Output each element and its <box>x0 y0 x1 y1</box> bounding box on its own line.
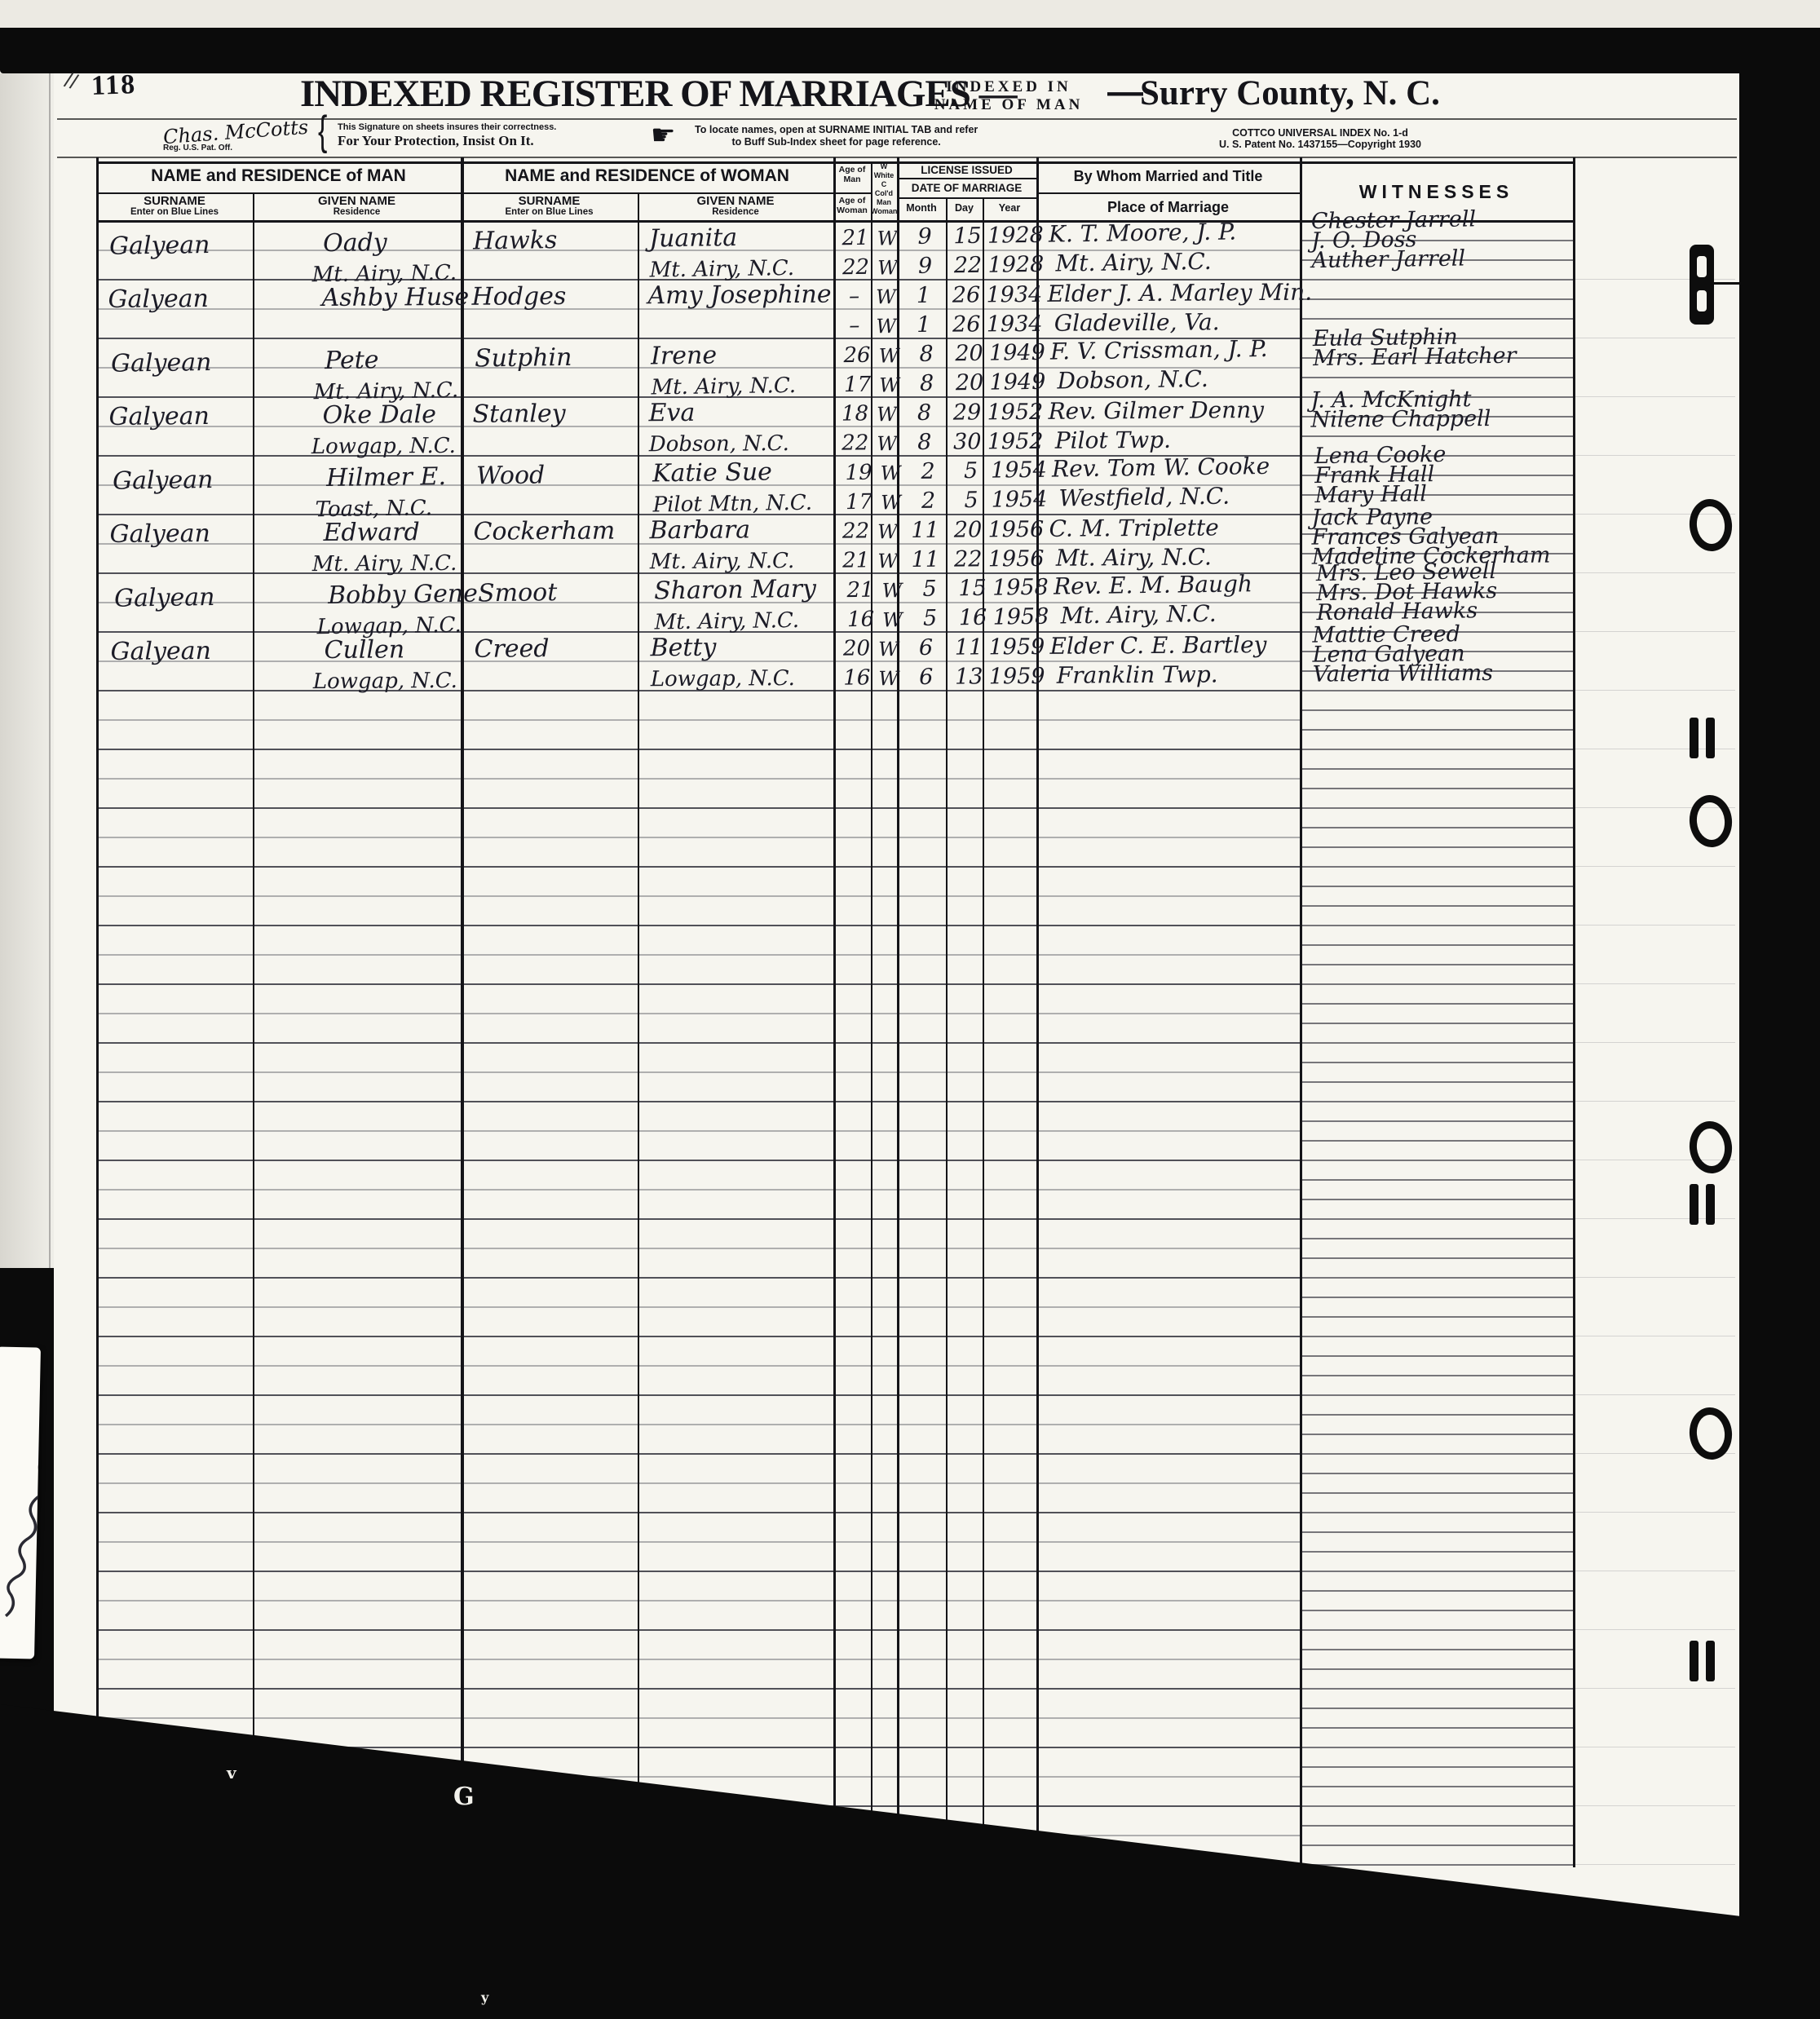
entry-witness: Mrs. Earl Hatcher <box>1313 342 1517 373</box>
entry-man-surname: Galyean <box>108 284 209 316</box>
ruled-line <box>96 1160 1300 1161</box>
scan-top-black-band <box>0 28 1820 73</box>
ruled-line-margin <box>1573 1688 1735 1689</box>
witness-ruled-line <box>1300 318 1573 320</box>
witness-ruled-line <box>1300 1668 1573 1670</box>
witness-ruled-line <box>1300 1101 1573 1102</box>
entry-woman-residence: Mt. Airy, N.C. <box>651 372 796 401</box>
witness-ruled-line <box>1300 1277 1573 1279</box>
entry-man-surname: Galyean <box>108 401 210 433</box>
entry-man-given: Bobby Gene <box>328 578 478 612</box>
entry-race-man: W <box>877 460 903 486</box>
punch-bar <box>1706 718 1715 758</box>
entry-age-woman: 21 <box>837 546 875 574</box>
ruled-line <box>96 1600 1300 1602</box>
entry-license-month: 1 <box>899 281 948 310</box>
entry-witness: Valeria Williams <box>1313 659 1494 689</box>
witness-ruled-line <box>1300 1492 1573 1494</box>
ruled-line <box>96 1042 1300 1044</box>
entry-marriage-month: 8 <box>902 369 951 398</box>
witness-ruled-line <box>1300 298 1573 300</box>
witness-ruled-line <box>1300 1414 1573 1416</box>
entry-married-by: Rev. Tom W. Cooke <box>1052 452 1270 484</box>
entry-license-day: 29 <box>948 398 985 426</box>
witness-ruled-line <box>1300 279 1573 281</box>
ruled-line-margin <box>1573 1101 1735 1102</box>
entry-age-man: 21 <box>837 224 874 253</box>
entry-license-month: 11 <box>900 516 949 545</box>
pointing-hand-icon: ☛ <box>651 119 675 152</box>
entry-married-by: Elder J. A. Marley Min. <box>1047 278 1312 309</box>
page-left-edge-line <box>49 73 51 1268</box>
witness-ruled-line <box>1300 1297 1573 1298</box>
entry-man-residence: Lowgap, N.C. <box>313 667 457 696</box>
witness-ruled-line <box>1300 827 1573 828</box>
entry-man-given: Pete <box>325 345 379 377</box>
entry-marriage-year: 1928 <box>987 250 1044 280</box>
witness-ruled-line <box>1300 1023 1573 1024</box>
entry-age-man: 20 <box>837 634 875 662</box>
title-dash-2: — <box>1107 72 1143 113</box>
entry-woman-given: Juanita <box>649 223 738 255</box>
brace-glyph: { <box>318 108 327 156</box>
header-year: Year <box>983 202 1036 214</box>
ruled-line <box>96 1541 1300 1543</box>
ruled-line-margin <box>1573 1629 1735 1630</box>
entry-man-given: Oke Dale <box>322 400 436 431</box>
indexed-in-line1: INDEXED IN <box>907 78 1111 96</box>
entry-married-by: Rev. E. M. Baugh <box>1054 569 1252 601</box>
entry-age-man: 26 <box>838 342 876 370</box>
entry-married-by: Rev. Gilmer Denny <box>1048 395 1264 426</box>
scan-right-black-band <box>1739 28 1820 2019</box>
witness-ruled-line <box>1300 1199 1573 1200</box>
entry-license-day: 5 <box>952 457 989 486</box>
column-border <box>253 192 254 1867</box>
ruled-line <box>96 1071 1300 1073</box>
header-day: Day <box>946 202 983 214</box>
punch-oval <box>1687 1119 1734 1175</box>
ruled-line-margin <box>1573 866 1735 867</box>
entry-license-year: 1952 <box>987 398 1043 426</box>
entry-place: Pilot Twp. <box>1055 426 1171 456</box>
witness-ruled-line <box>1300 807 1573 809</box>
entry-license-day: 15 <box>954 574 991 603</box>
witness-ruled-line <box>1300 1786 1573 1787</box>
entry-marriage-day: 22 <box>949 251 986 281</box>
witness-ruled-line <box>1300 1120 1573 1122</box>
entry-age-man: 21 <box>842 577 879 605</box>
entry-marriage-day: 16 <box>954 603 991 633</box>
entry-man-given: Edward <box>323 517 419 549</box>
entry-race-man: W <box>876 342 902 369</box>
entry-witness: Nilene Chappell <box>1310 404 1491 435</box>
witness-ruled-line <box>1300 964 1573 965</box>
witness-ruled-line <box>1300 1531 1573 1533</box>
entry-license-day: 11 <box>950 633 987 661</box>
witness-ruled-line <box>1300 1062 1573 1063</box>
entry-woman-residence: Lowgap, N.C. <box>651 665 795 693</box>
entry-woman-residence: Mt. Airy, N.C. <box>650 547 795 576</box>
ruled-line <box>96 1013 1300 1014</box>
entry-marriage-month: 1 <box>899 311 948 339</box>
entry-place: Gladeville, Va. <box>1054 307 1220 338</box>
witness-ruled-line <box>1300 1512 1573 1513</box>
header-place: Place of Marriage <box>1036 199 1300 216</box>
entry-race-man: W <box>873 401 899 427</box>
entry-man-given: Oady <box>323 228 387 259</box>
entry-race-woman: W <box>874 431 900 457</box>
entry-woman-given: Katie Sue <box>652 457 772 489</box>
entry-license-day: 15 <box>949 222 986 251</box>
header-man-group: NAME and RESIDENCE of MAN <box>96 166 461 186</box>
ruled-line <box>96 807 1300 809</box>
punch-bar <box>1706 1184 1715 1225</box>
entry-marriage-year: 1956 <box>988 545 1045 573</box>
ruled-line <box>96 1453 1300 1455</box>
entry-race-man: W <box>874 519 900 545</box>
entry-race-man: W <box>875 636 901 662</box>
punch-oval <box>1687 793 1734 849</box>
ruled-line-margin <box>1573 1805 1735 1806</box>
scan-edge-glyph: y <box>481 1990 488 2005</box>
header-race-line: Col'd <box>871 189 897 198</box>
column-border <box>1573 157 1575 1867</box>
header-man-given: GIVEN NAME <box>253 194 461 208</box>
index-patent-note: COTTCO UNIVERSAL INDEX No. 1-d U. S. Pat… <box>1219 127 1421 150</box>
entry-race-woman: W <box>873 313 899 339</box>
entry-marriage-year: 1952 <box>987 427 1044 456</box>
entry-marriage-day: 5 <box>952 486 989 515</box>
header-border <box>96 192 833 194</box>
entry-married-by: C. M. Triplette <box>1049 513 1218 543</box>
entry-man-given: Cullen <box>324 634 404 666</box>
registered-mark: Reg. U.S. Pat. Off. <box>163 144 232 152</box>
witness-ruled-line <box>1300 1257 1573 1259</box>
ruled-line-margin <box>1573 983 1735 984</box>
entry-license-year: 1954 <box>991 456 1047 485</box>
index-note-line2: U. S. Patent No. 1437155—Copyright 1930 <box>1219 139 1421 150</box>
entry-age-man: 22 <box>837 517 874 545</box>
punch-bar <box>1706 1641 1715 1681</box>
ruled-line <box>96 778 1300 780</box>
ruled-line <box>96 1629 1300 1631</box>
header-race-line: White <box>871 171 897 180</box>
entry-marriage-day: 22 <box>950 545 987 573</box>
ruled-line <box>96 1717 1300 1719</box>
column-border <box>461 157 464 1867</box>
ruled-line <box>96 1248 1300 1249</box>
witness-ruled-line <box>1300 1316 1573 1318</box>
entry-license-year: 1949 <box>989 338 1045 368</box>
witness-ruled-line <box>1300 866 1573 868</box>
witness-ruled-line <box>1300 788 1573 789</box>
witness-ruled-line <box>1300 1394 1573 1396</box>
header-man-residence: Residence <box>253 207 461 217</box>
entry-married-by: Elder C. E. Bartley <box>1049 630 1266 661</box>
entry-license-day: 26 <box>948 281 984 309</box>
witness-ruled-line <box>1300 1825 1573 1827</box>
ruled-line <box>96 895 1300 897</box>
entry-marriage-year: 1954 <box>991 485 1047 515</box>
punch-slit <box>1697 290 1707 311</box>
entry-race-woman: W <box>876 372 902 398</box>
header-license-issued: LICENSE ISSUED <box>897 164 1036 176</box>
entry-woman-given: Betty <box>650 633 716 665</box>
entry-woman-surname: Cockerham <box>473 516 615 548</box>
ruled-line-margin <box>1573 1394 1735 1395</box>
header-woman-group: NAME and RESIDENCE of WOMAN <box>461 166 833 186</box>
witness-ruled-line <box>1300 905 1573 907</box>
entry-witness: Auther Jarrell <box>1311 245 1465 276</box>
witness-ruled-line <box>1300 435 1573 437</box>
witness-ruled-line <box>1300 1179 1573 1181</box>
ruled-line-margin <box>1573 1571 1735 1571</box>
witness-ruled-line <box>1300 1551 1573 1553</box>
ruled-line <box>96 719 1300 721</box>
ruled-line <box>96 1306 1300 1308</box>
protection-note-line1: This Signature on sheets insures their c… <box>338 122 556 132</box>
column-border <box>96 157 99 1867</box>
header-rule-top <box>57 118 1737 120</box>
entry-marriage-month: 5 <box>905 603 954 633</box>
entry-married-by: F. V. Crissman, J. P. <box>1050 334 1268 367</box>
entry-woman-given: Amy Josephine <box>647 280 831 312</box>
entry-woman-residence: Mt. Airy, N.C. <box>654 607 799 636</box>
entry-marriage-month: 11 <box>901 546 950 574</box>
witness-ruled-line <box>1300 1805 1573 1807</box>
entry-marriage-year: 1934 <box>987 310 1043 338</box>
ruled-line <box>96 1336 1300 1337</box>
witness-ruled-line <box>1300 1473 1573 1474</box>
ruled-line-margin <box>1573 631 1735 632</box>
entry-marriage-year: 1959 <box>989 662 1045 691</box>
ruled-line <box>96 954 1300 956</box>
entry-man-surname: Galyean <box>111 347 212 380</box>
locate-note-line2: to Buff Sub-Index sheet for page referen… <box>695 136 978 148</box>
entry-place: Dobson, N.C. <box>1057 364 1208 396</box>
witness-ruled-line <box>1300 1453 1573 1455</box>
witness-ruled-line <box>1300 690 1573 691</box>
entry-marriage-day: 20 <box>951 369 987 398</box>
entry-married-by: K. T. Moore, J. P. <box>1049 217 1237 249</box>
witness-ruled-line <box>1300 1042 1573 1044</box>
ruled-line <box>96 1482 1300 1484</box>
entry-place: Mt. Airy, N.C. <box>1060 599 1217 631</box>
entry-race-woman: W <box>874 254 900 281</box>
page-number: 118 <box>91 69 136 102</box>
header-married-by: By Whom Married and Title <box>1036 168 1300 185</box>
witness-ruled-line <box>1300 1629 1573 1631</box>
scanned-register-page: // 118 INDEXED REGISTER OF MARRIAGES — I… <box>0 0 1820 2019</box>
county-title: Surry County, N. C. <box>1140 73 1440 113</box>
entry-place: Mt. Airy, N.C. <box>1055 247 1212 279</box>
witness-ruled-line <box>1300 1727 1573 1729</box>
witness-ruled-line <box>1300 709 1573 711</box>
header-race-line: Man <box>871 198 897 207</box>
entry-marriage-day: 30 <box>949 427 986 456</box>
entry-man-residence: Mt. Airy, N.C. <box>312 550 457 578</box>
header-man-surname-sub: Enter on Blue Lines <box>96 207 253 217</box>
entry-race-woman: W <box>875 548 901 574</box>
header-age-man: Age of Man <box>833 165 871 184</box>
page-left-edge <box>0 73 54 1272</box>
entry-marriage-month: 9 <box>900 251 949 281</box>
witness-ruled-line <box>1300 886 1573 887</box>
entry-marriage-month: 8 <box>900 428 949 457</box>
torn-paper-tab <box>0 1346 41 1659</box>
entry-man-surname: Galyean <box>109 519 210 550</box>
header-border <box>897 178 1036 179</box>
entry-woman-given: Sharon Mary <box>654 574 816 607</box>
witness-ruled-line <box>1300 1844 1573 1846</box>
entry-age-man: 19 <box>840 459 877 488</box>
protection-note-line2: For Your Protection, Insist On It. <box>338 133 534 149</box>
entry-man-surname: Galyean <box>114 582 215 615</box>
ruled-line <box>96 1424 1300 1425</box>
entry-age-woman: 22 <box>837 254 874 282</box>
entry-man-given: Hilmer E. <box>326 462 446 494</box>
punch-bar <box>1690 1641 1699 1681</box>
witness-ruled-line <box>1300 1140 1573 1142</box>
ruled-line <box>96 749 1300 750</box>
entry-license-year: 1958 <box>992 573 1049 603</box>
entry-age-man: – <box>835 282 872 310</box>
witness-ruled-line <box>1300 1766 1573 1768</box>
header-man-surname: SURNAME <box>96 194 253 208</box>
entry-woman-residence: Dobson, N.C. <box>649 430 789 458</box>
witness-ruled-line <box>1300 1336 1573 1337</box>
entry-marriage-day: 26 <box>948 310 985 338</box>
page-title-text: INDEXED REGISTER OF MARRIAGES <box>300 73 970 115</box>
header-border <box>1036 192 1300 194</box>
entry-woman-surname: Sutphin <box>475 342 572 375</box>
entry-license-month: 6 <box>901 634 950 662</box>
entry-marriage-month: 6 <box>902 663 951 691</box>
witness-ruled-line <box>1300 1218 1573 1220</box>
entry-marriage-month: 2 <box>903 486 952 515</box>
entry-license-year: 1959 <box>988 633 1045 661</box>
entry-license-year: 1956 <box>987 515 1044 544</box>
entry-place: Westfield, N.C. <box>1058 482 1230 514</box>
entry-place: Mt. Airy, N.C. <box>1056 542 1212 572</box>
header-border <box>897 197 1036 199</box>
entry-woman-given: Irene <box>651 340 718 372</box>
scan-edge-glyph: v <box>227 1763 236 1783</box>
ruled-line-margin <box>1573 572 1735 573</box>
witness-ruled-line <box>1300 1590 1573 1592</box>
entry-license-month: 9 <box>900 222 949 251</box>
entry-marriage-year: 1949 <box>989 368 1045 397</box>
ruled-line-margin <box>1573 1042 1735 1043</box>
entry-age-woman: 16 <box>838 664 876 691</box>
entry-age-woman: 17 <box>838 371 876 400</box>
entry-race-woman: W <box>879 607 905 633</box>
header-woman-residence: Residence <box>638 207 833 217</box>
ruled-line-margin <box>1573 338 1735 338</box>
header-woman-given: GIVEN NAME <box>638 194 833 208</box>
entry-license-month: 2 <box>903 457 952 486</box>
punch-oval <box>1687 497 1734 553</box>
witness-ruled-line <box>1300 1708 1573 1709</box>
ruled-line <box>96 1571 1300 1572</box>
entry-man-surname: Galyean <box>109 230 210 263</box>
ruled-line <box>96 866 1300 868</box>
indexed-in-line2: NAME OF MAN <box>907 96 1111 114</box>
punch-bar <box>1690 718 1699 758</box>
entry-woman-surname: Hodges <box>471 281 566 313</box>
entry-license-day: 20 <box>951 339 987 369</box>
entry-age-woman: 22 <box>837 429 874 457</box>
entry-license-month: 8 <box>899 399 948 427</box>
punch-bar <box>1690 1184 1699 1225</box>
witness-ruled-line <box>1300 846 1573 848</box>
header-woman-surname-sub: Enter on Blue Lines <box>461 207 638 217</box>
entry-race-man: W <box>874 225 900 251</box>
column-border <box>638 192 639 1867</box>
entry-age-woman: 17 <box>840 488 877 517</box>
ruled-line-margin <box>1573 1512 1735 1513</box>
entry-license-year: 1928 <box>987 221 1044 250</box>
ruled-line <box>96 837 1300 838</box>
witness-ruled-line <box>1300 1649 1573 1650</box>
ruled-line-margin <box>1573 1747 1735 1747</box>
entry-age-man: 18 <box>836 400 873 427</box>
entry-woman-surname: Stanley <box>472 399 565 431</box>
witness-ruled-line <box>1300 1434 1573 1435</box>
witness-ruled-line <box>1300 377 1573 378</box>
entry-race-man: W <box>879 577 905 603</box>
witness-ruled-line <box>1300 1864 1573 1866</box>
header-race-column: WWhiteCCol'dManWoman <box>871 162 897 216</box>
entry-man-given: Ashby Huse <box>321 282 469 314</box>
entry-woman-surname: Hawks <box>473 225 558 257</box>
ruled-line-margin <box>1573 455 1735 456</box>
entry-woman-surname: Smoot <box>478 577 558 609</box>
ruled-line <box>96 1659 1300 1660</box>
entry-race-woman: W <box>876 665 902 691</box>
entry-man-surname: Galyean <box>113 465 214 497</box>
ruled-line <box>96 1101 1300 1102</box>
indexed-in-label: INDEXED IN NAME OF MAN <box>907 78 1111 114</box>
ruled-line-margin <box>1573 1864 1735 1865</box>
ruled-line <box>96 1688 1300 1690</box>
scan-top-strip <box>0 0 1820 28</box>
ruled-line <box>96 1365 1300 1367</box>
ruled-line <box>96 925 1300 926</box>
ruled-line-margin <box>1573 1277 1735 1278</box>
witness-ruled-line <box>1300 1375 1573 1376</box>
punch-slit <box>1697 256 1707 277</box>
header-border <box>833 192 871 194</box>
witness-ruled-line <box>1300 1747 1573 1748</box>
witness-ruled-line <box>1300 1571 1573 1572</box>
entry-marriage-year: 1958 <box>992 603 1049 632</box>
witness-ruled-line <box>1300 1688 1573 1690</box>
column-border <box>1300 157 1302 1867</box>
entry-woman-given: Barbara <box>649 515 750 546</box>
ruled-line-margin <box>1573 1336 1735 1336</box>
entry-woman-surname: Wood <box>476 460 546 492</box>
header-month: Month <box>897 202 946 214</box>
witness-ruled-line <box>1300 1003 1573 1005</box>
header-race-line: C <box>871 180 897 189</box>
ruled-line <box>96 1394 1300 1396</box>
header-woman-surname: SURNAME <box>461 194 638 208</box>
ruled-line <box>96 1512 1300 1513</box>
ruled-line <box>96 1130 1300 1132</box>
entry-woman-surname: Creed <box>474 634 549 665</box>
